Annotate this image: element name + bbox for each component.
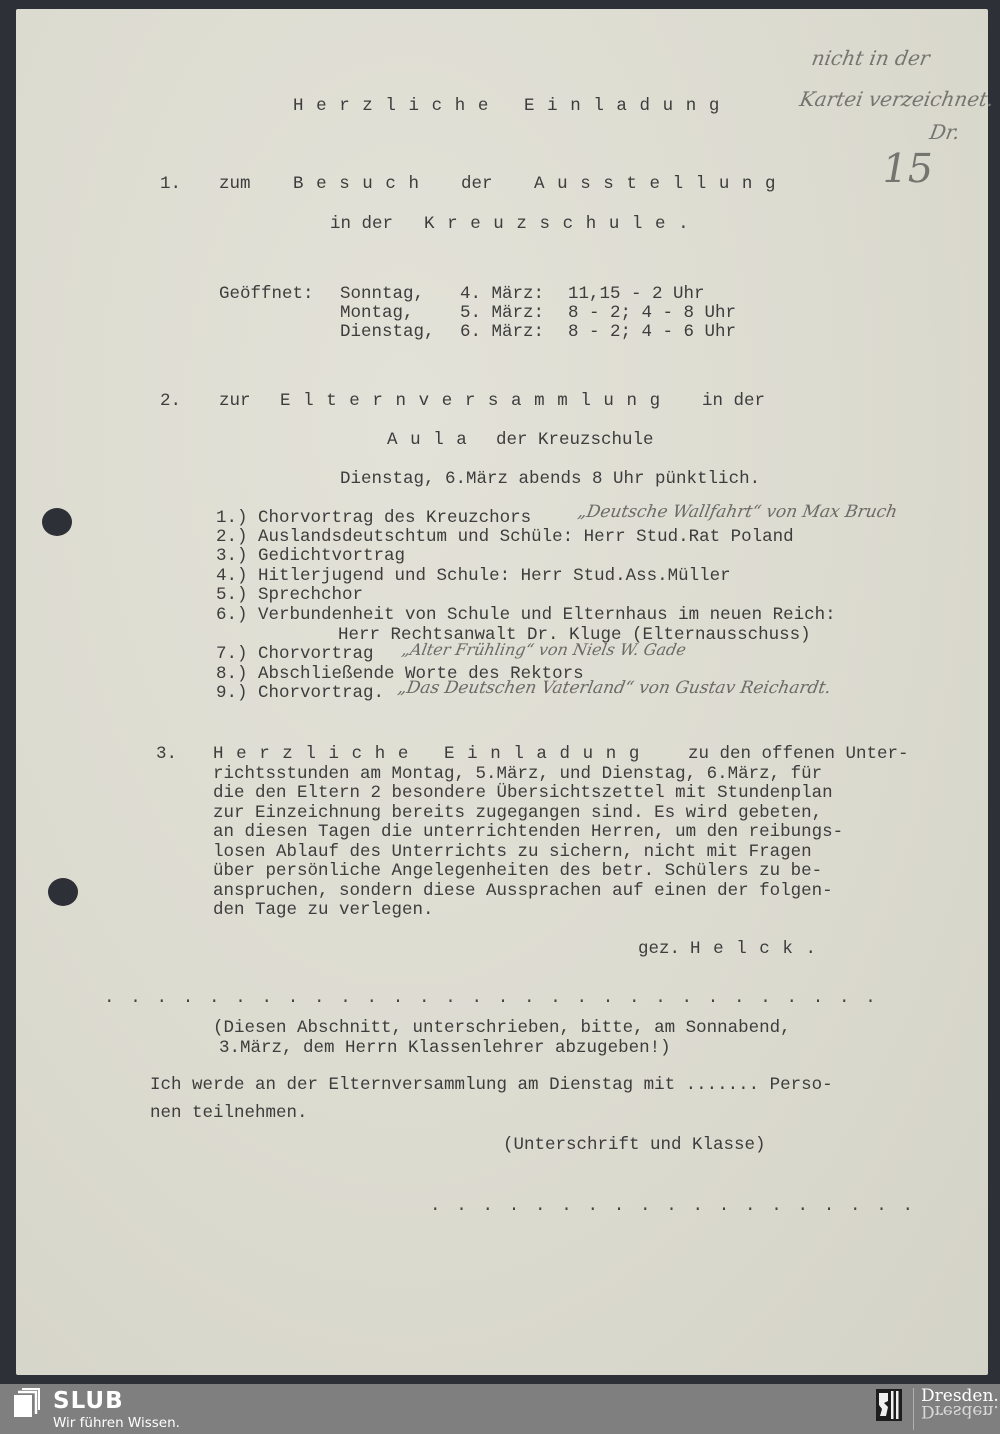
punch-hole [42,508,72,536]
program-item: 4.) Hitlerjugend und Schule: Herr Stud.A… [216,567,731,587]
marginal-note-line: Dr. [928,120,962,144]
program-item: 9.) Chorvortrag. [216,684,384,704]
section3-line: die den Eltern 2 besondere Übersichtszet… [213,784,833,804]
program-item-text: Hitlerjugend und Schule: Herr Stud.Ass.M… [258,566,731,586]
section3-line: anspruchen, sondern diese Aussprachen au… [213,882,833,902]
program-item-number: 7.) [216,644,248,664]
program-item-text: Sprechchor [258,585,363,605]
dresden-crest-icon [876,1389,902,1421]
program-item-number: 3.) [216,546,248,566]
program-item-number: 4.) [216,566,248,586]
signature-name: Helck. [690,940,829,960]
program-item-text: Chorvortrag [258,644,374,664]
slip-statement: Ich werde an der Elternversammlung am Di… [150,1076,833,1096]
document-title: Herzliche Einladung [293,97,732,117]
section2-text: zur [219,392,251,412]
section1-text: Kreuzschule. [424,215,701,235]
slub-tagline: Wir führen Wissen. [53,1415,180,1431]
footer-divider [913,1388,914,1430]
section3-line: über persönliche Angelegenheiten des bet… [213,862,822,882]
signature-prefix: gez. [638,940,680,960]
cut-line: .............................. [104,988,892,1008]
slub-brand: SLUB [53,1388,124,1414]
section3-line: richtsstunden am Montag, 5.März, und Die… [213,765,822,785]
opening-time: 11,15 - 2 Uhr [568,285,705,305]
section2-text: in der [702,392,765,412]
section3-heading: Herzliche Einladung [213,745,652,765]
section1-number: 1. [160,175,181,195]
program-item-text: Auslandsdeutschtum und Schüle: Herr Stud… [258,527,794,547]
section3-number: 3. [156,745,177,765]
section3-line: zur Einzeichnung bereits zugegangen sind… [213,804,822,824]
section3-line: den Tage zu verlegen. [213,901,434,921]
opening-date: 5. März: [460,304,544,324]
opening-time: 8 - 2; 4 - 6 Uhr [568,323,736,343]
program-item-text: Gedichtvortrag [258,546,405,566]
slip-instruction: (Diesen Abschnitt, unterschrieben, bitte… [213,1019,791,1039]
program-item-handwritten: „Alter Frühling“ von Niels W. Gade [400,640,687,659]
program-item-number: 8.) [216,664,248,684]
program-item-text: Chorvortrag. [258,683,384,703]
program-item: 6.) Verbundenheit von Schule und Elternh… [216,606,836,626]
program-item-handwritten: „Deutsche Wallfahrt“ von Max Bruch [576,502,899,522]
marginal-note-line: Kartei verzeichnet. [798,87,996,111]
punch-hole [48,878,78,906]
opening-hours-label: Geöffnet: [219,285,314,305]
program-item: 5.) Sprechchor [216,586,363,606]
opening-day: Montag, [340,304,414,324]
section2-text: Aula [387,431,479,451]
program-item-number: 2.) [216,527,248,547]
section3-line: zu den offenen Unter- [688,745,909,765]
section2-text: der Kreuzschule [496,431,654,451]
page-number: 15 [878,146,937,192]
program-item-number: 5.) [216,585,248,605]
program-item: 2.) Auslandsdeutschtum und Schüle: Herr … [216,528,794,548]
section1-text: zum [219,175,251,195]
program-item-text: Chorvortrag des Kreuzchors [258,508,531,528]
section1-text: Besuch [293,175,432,195]
program-item-handwritten: „Das Deutschen Vaterland“ von Gustav Rei… [396,678,832,698]
program-item-number: 6.) [216,605,248,625]
marginal-note-line: nicht in der [810,46,932,70]
program-item: 3.) Gedichtvortrag [216,547,405,567]
opening-day: Dienstag, [340,323,435,343]
slub-book-icon [14,1388,40,1418]
slip-statement: nen teilnehmen. [150,1104,308,1124]
opening-date: 6. März: [460,323,544,343]
opening-day: Sonntag, [340,285,424,305]
opening-time: 8 - 2; 4 - 8 Uhr [568,304,736,324]
dresden-brand-mirror: Dresden. [921,1401,999,1421]
section2-text: Elternversammlung [280,392,673,412]
slip-signature-line[interactable]: ................... [430,1196,929,1216]
section1-text: in der [330,215,393,235]
section1-text: Ausstellung [534,175,788,195]
program-item-number: 9.) [216,683,248,703]
section2-number: 2. [160,392,181,412]
program-item-text: Verbundenheit von Schule und Elternhaus … [258,605,836,625]
program-item: 7.) Chorvortrag [216,645,374,665]
section3-line: losen Ablauf des Unterrichts zu sichern,… [213,843,812,863]
section1-text: der [461,175,493,195]
slip-instruction: 3.März, dem Herrn Klassenlehrer abzugebe… [219,1039,671,1059]
slip-signature-label: (Unterschrift und Klasse) [503,1136,766,1156]
opening-date: 4. März: [460,285,544,305]
section2-datetime: Dienstag, 6.März abends 8 Uhr pünktlich. [340,470,760,490]
section3-line: an diesen Tagen die unterrichtenden Herr… [213,823,843,843]
program-item: 1.) Chorvortrag des Kreuzchors [216,509,531,529]
program-item-number: 1.) [216,508,248,528]
footer-bar: SLUB Wir führen Wissen. Dresden. Dresden… [0,1384,1000,1434]
